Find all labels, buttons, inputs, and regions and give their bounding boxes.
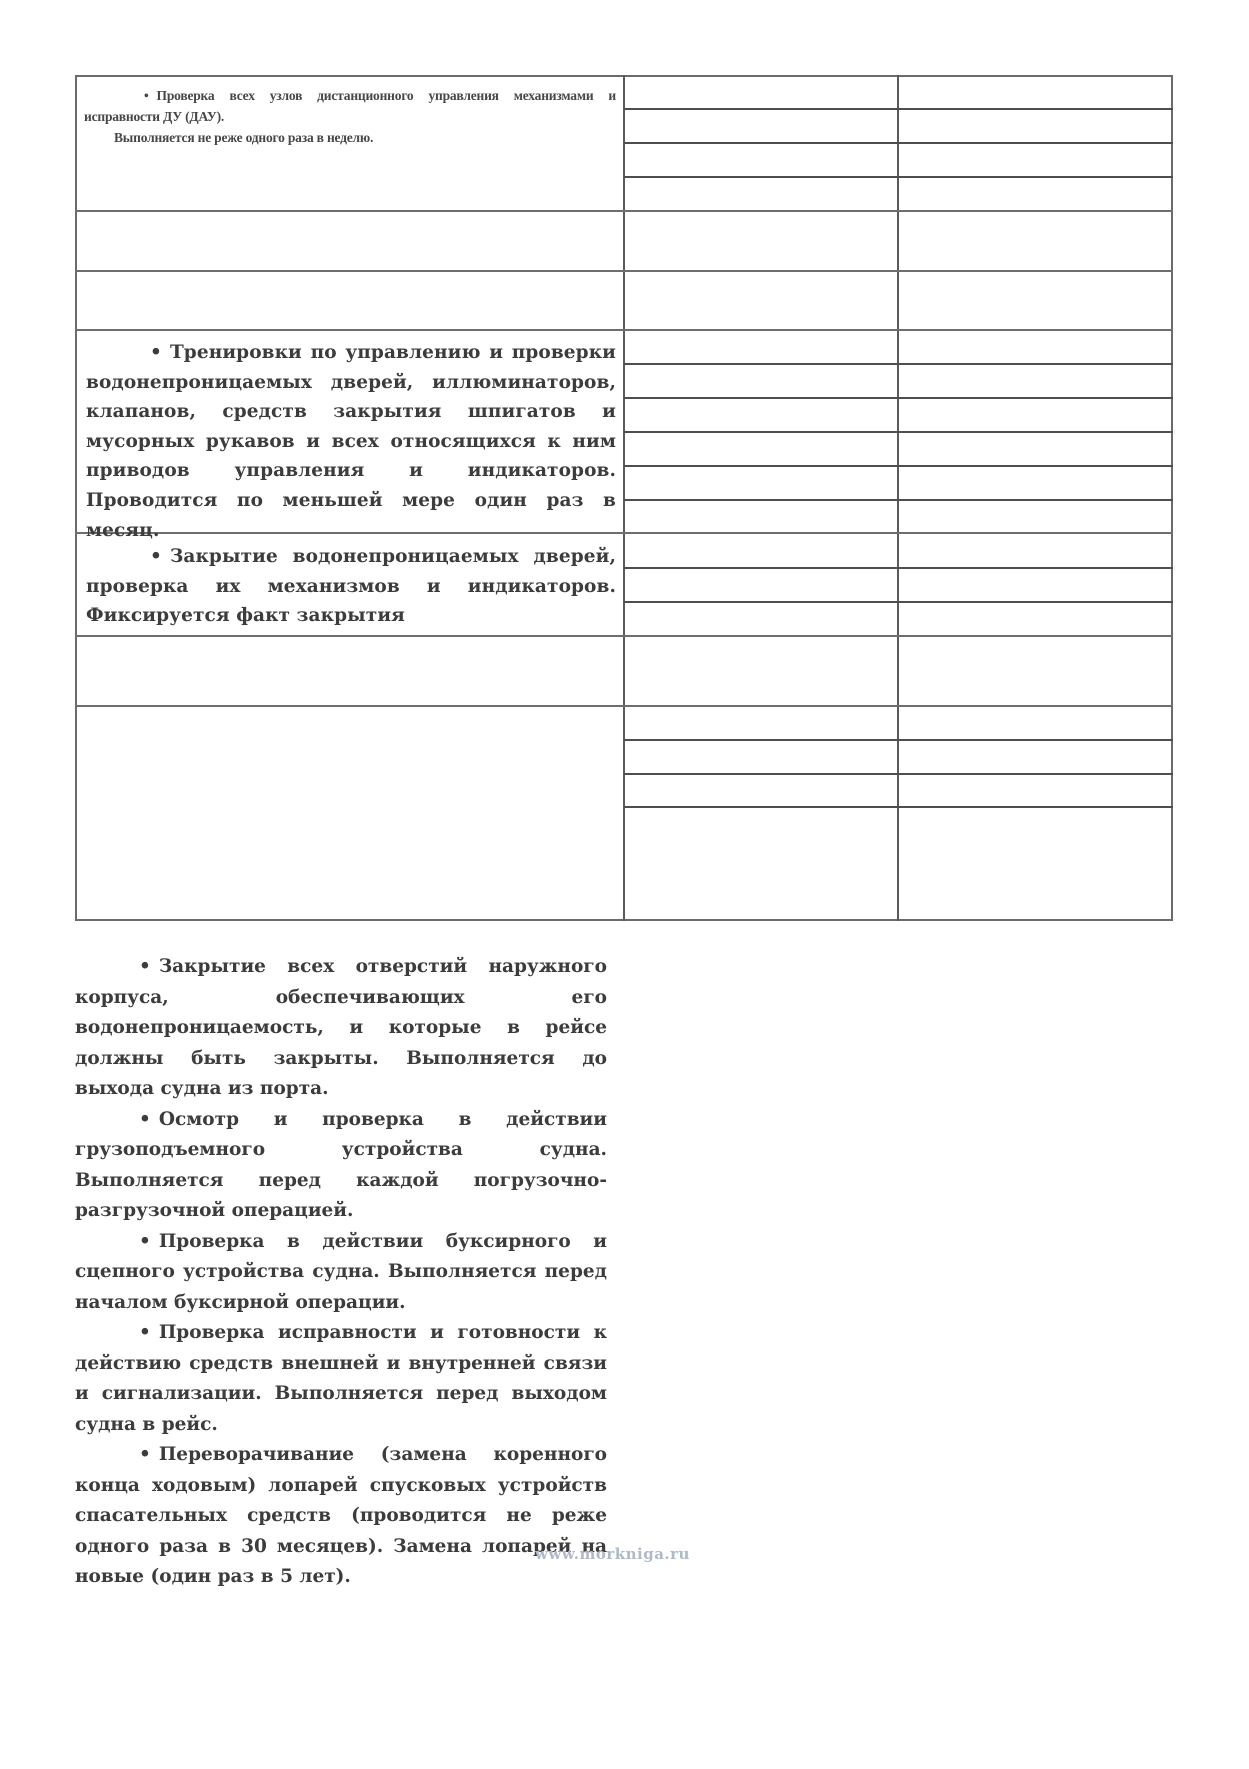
column-divider-1 (623, 75, 625, 921)
list-item-text: Закрытие всех отверстий наружного корпус… (75, 956, 607, 1099)
list-item: •Закрытие всех отверстий наружного корпу… (75, 952, 607, 1105)
list-item: •Переворачивание (замена коренного конца… (75, 1440, 607, 1593)
sub-row-line (624, 142, 1173, 144)
row-separator (75, 270, 1173, 272)
bullet-icon: • (114, 85, 149, 106)
list-item-text: Переворачивание (замена коренного конца … (75, 1444, 607, 1587)
row-1-text: Проверка всех узлов дистанционного управ… (84, 88, 616, 124)
row-separator (75, 705, 1173, 707)
sub-row-line (624, 773, 1173, 775)
bullet-icon: • (107, 1440, 151, 1471)
row-4-description: •Тренировки по управлению и проверки вод… (86, 338, 616, 545)
sub-row-line (624, 176, 1173, 178)
list-item-text: Осмотр и проверка в действии грузоподъем… (75, 1109, 607, 1222)
sub-row-line (624, 108, 1173, 110)
list-item: •Осмотр и проверка в действии грузоподъе… (75, 1105, 607, 1227)
sub-row-line (624, 465, 1173, 467)
row-5-text: Закрытие водонепроницаемых дверей, прове… (86, 546, 616, 626)
body-bullet-list: •Закрытие всех отверстий наружного корпу… (75, 952, 607, 1593)
bullet-icon: • (107, 952, 151, 983)
watermark: www.morkniga.ru (535, 1545, 690, 1563)
list-item: •Проверка исправности и готовности к дей… (75, 1318, 607, 1440)
row-5-description: •Закрытие водонепроницаемых дверей, пров… (86, 542, 616, 631)
sub-row-line (624, 499, 1173, 501)
row-separator (75, 329, 1173, 331)
list-item: •Проверка в действии буксирного и сцепно… (75, 1227, 607, 1319)
bullet-icon: • (118, 542, 162, 572)
sub-row-line (624, 567, 1173, 569)
row-separator (75, 210, 1173, 212)
list-item-text: Проверка в действии буксирного и сцепног… (75, 1231, 607, 1313)
row-1-description: •Проверка всех узлов дистанционного упра… (84, 85, 616, 148)
sub-row-line (624, 601, 1173, 603)
sub-row-line (624, 739, 1173, 741)
row-1-frequency: Выполняется не реже одного раза в неделю… (84, 127, 616, 148)
row-separator (75, 635, 1173, 637)
bullet-icon: • (107, 1318, 151, 1349)
bullet-icon: • (118, 338, 162, 368)
bullet-icon: • (107, 1105, 151, 1136)
list-item-text: Проверка исправности и готовности к дейс… (75, 1322, 607, 1435)
row-4-text: Тренировки по управлению и проверки водо… (86, 342, 616, 541)
sub-row-line (624, 431, 1173, 433)
sub-row-line (624, 806, 1173, 808)
sub-row-line (624, 363, 1173, 365)
bullet-icon: • (107, 1227, 151, 1258)
sub-row-line (624, 397, 1173, 399)
column-divider-2 (897, 75, 899, 921)
